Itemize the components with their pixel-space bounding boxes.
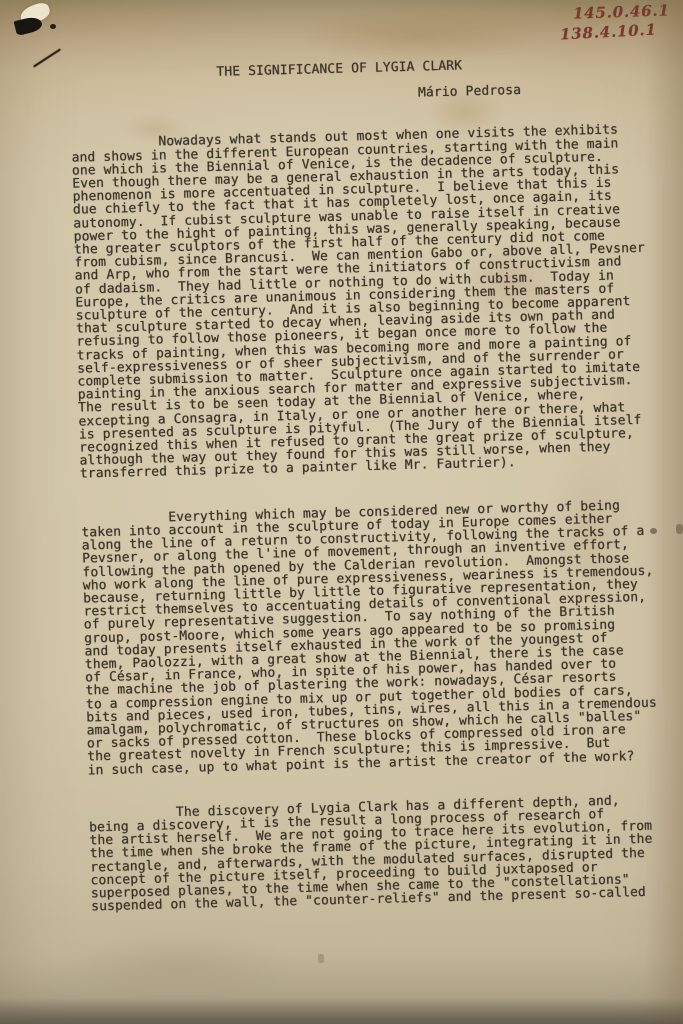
paper-speck	[676, 524, 683, 534]
ink-dot-mark	[50, 24, 56, 29]
document-title: THE SIGNIFICANCE OF LYGIA CLARK	[216, 55, 647, 79]
paper-stain	[60, 930, 300, 1000]
paragraph-2: Everything which may be considered new o…	[81, 498, 666, 777]
archival-code-line-1: 145.0.46.1	[573, 1, 670, 22]
bottom-edge-shadow	[0, 998, 683, 1024]
document-author: Mário Pedrosa	[418, 81, 648, 100]
scanned-document-page: 145.0.46.1 138.4.10.1 THE SIGNIFICANCE O…	[0, 0, 683, 1024]
pen-stroke-mark	[33, 48, 61, 67]
typed-content: THE SIGNIFICANCE OF LYGIA CLARK Mário Pe…	[69, 35, 669, 916]
paragraph-3: The discovery of Lygia Clark has a diffe…	[89, 793, 670, 914]
paragraph-1: Nowadays what stands out most when one v…	[71, 123, 658, 481]
paper-speck	[318, 954, 324, 963]
